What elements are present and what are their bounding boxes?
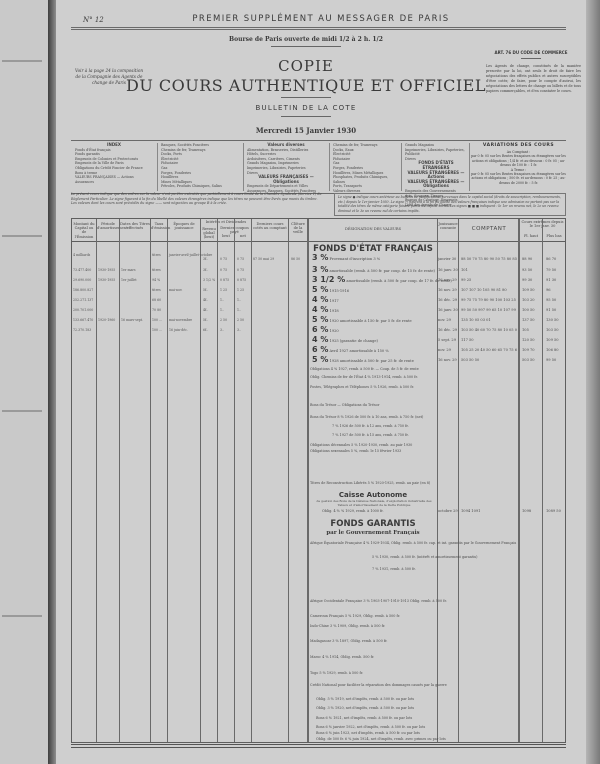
newspaper-page: N° 12 PREMIER SUPPLÉMENT AU MESSAGER DE … bbox=[56, 0, 586, 764]
bourse-hours: Bourse de Paris ouverte de midi 1/2 à 2 … bbox=[176, 36, 436, 43]
jouissance: 16 déc. 29 bbox=[438, 298, 457, 302]
column-rule bbox=[542, 219, 543, 742]
divider bbox=[2, 615, 42, 617]
designation: Bons du Trésor — Obligations du Trésor bbox=[310, 403, 379, 407]
jouissance: 16 janv. 30 bbox=[438, 308, 458, 312]
capital-cell: 186.800.827 bbox=[73, 288, 93, 292]
rate: 6 % bbox=[312, 345, 328, 354]
period-cell: 1920-1960 bbox=[98, 318, 115, 322]
designation: 5 % 1930, remb. à 500 fr. (intérêt et am… bbox=[372, 555, 477, 559]
section-fonds-garantis-subtitle: par le Gouvernement Français bbox=[310, 530, 436, 536]
table-row: 3 % Provenant d'inscription 3 % bbox=[312, 253, 380, 262]
designation: Togo 5 % 1929, remb. à 500 fr. bbox=[310, 671, 363, 675]
taux-cell: 100 ... bbox=[152, 328, 162, 332]
revenu-cell: 4f.. bbox=[203, 308, 208, 312]
dates-cell: 16 mars-sept. bbox=[121, 318, 143, 322]
header-brut: brut bbox=[218, 234, 234, 238]
comptant-cours: 99 75 75 79 80 90 100 103 25 10 bbox=[461, 298, 517, 302]
publication-date: Mercredi 15 Janvier 1930 bbox=[176, 126, 436, 135]
taux-cell: titres bbox=[152, 268, 161, 272]
side-note: Voir à la page 24 la composition de la C… bbox=[74, 68, 144, 86]
header-plus-bas: Plus bas bbox=[543, 234, 565, 238]
table-row: 4 % 1925 (garantie de change) bbox=[312, 335, 378, 344]
divider bbox=[2, 410, 42, 412]
header-period: Période d'amortissement bbox=[97, 222, 119, 230]
designation: Avril 1927 amortissable à 150 % bbox=[330, 349, 389, 353]
table-row: 3 % amortissable (remb. à 500 fr. par co… bbox=[312, 265, 435, 274]
index-entry: VALEURS ÉTRANGÈRES — Obligations bbox=[405, 180, 467, 189]
net-cell: 1.. bbox=[237, 298, 241, 302]
net-cell: 1 25 bbox=[237, 288, 244, 292]
plus-haut: 137 50 bbox=[522, 318, 535, 322]
column-rule bbox=[96, 219, 97, 742]
designation: Postes, Télégraphes et Téléphones 5 % 19… bbox=[310, 385, 414, 389]
quotation-table: Montant du Capital ou de l'Émission Péri… bbox=[71, 218, 566, 743]
page-number: N° 12 bbox=[83, 16, 104, 24]
jouissance: 5 sept. 29 bbox=[438, 338, 456, 342]
divider bbox=[243, 143, 244, 191]
designation: Provenant d'inscription 3 % bbox=[330, 257, 381, 261]
header-comptant: COMPTANT bbox=[460, 227, 518, 231]
designation: 7 % 1931, remb. à 500 fr. bbox=[372, 567, 416, 571]
header-dates: Dates des Titres effectués bbox=[120, 222, 150, 230]
designation: 1928 amortissable à 500 fr. par 25 fr. d… bbox=[330, 359, 414, 363]
plus-haut: 120 50 bbox=[522, 338, 535, 342]
rate: 4 % bbox=[312, 335, 328, 344]
plus-haut: 109 50 bbox=[522, 288, 535, 292]
designation: Bons 6 % janvier 1922, net d'impôts, rem… bbox=[316, 725, 425, 729]
capital-cell: 4 milliards bbox=[73, 253, 90, 257]
divider bbox=[521, 58, 541, 59]
column-rule bbox=[251, 219, 252, 742]
jouissance: 16 nov. 29 bbox=[438, 288, 457, 292]
column-rule bbox=[200, 219, 201, 742]
brut-cell: 0 75 bbox=[220, 268, 227, 272]
jouissance: octobre 29 bbox=[438, 509, 458, 513]
rate: 5 % bbox=[312, 355, 328, 364]
designation: amortissable (remb. à 500 fr. par coup. … bbox=[330, 269, 435, 273]
designation: Oblig. 5 % 1919, net d'impôts, remb. à 5… bbox=[316, 697, 414, 701]
taux-cell: titres bbox=[152, 288, 161, 292]
title-copie: COPIE bbox=[176, 57, 436, 75]
table-row: 5 % 1915-1916 bbox=[312, 285, 349, 294]
index-column-4: Chemins de fer, Tramways Docks, Eaux Éle… bbox=[333, 143, 398, 194]
jouissance: 16 déc. 29 bbox=[438, 328, 457, 332]
adjacent-page-edge bbox=[0, 0, 51, 764]
designation: 1915-1916 bbox=[330, 289, 350, 293]
capital-cell: 200.701.000 bbox=[73, 308, 93, 312]
designation: Titres de Reconstruction Libérés 5 % 192… bbox=[310, 481, 430, 485]
divider bbox=[469, 143, 470, 191]
designation: Oblig. de 500 fr. 6 % juin 1924, net d'i… bbox=[316, 737, 446, 741]
column-rule bbox=[119, 219, 120, 742]
rate: 4 % bbox=[312, 295, 328, 304]
plus-bas: 96 bbox=[546, 288, 551, 292]
comptant-cours: 103 50 40 60 70 75 80 10 05 03 bbox=[461, 328, 517, 332]
index-column-2: Banques, Sociétés Foncières Chemins de f… bbox=[161, 143, 239, 189]
variations-title: VARIATIONS DES COURS bbox=[471, 143, 566, 148]
taux-cell: 70 80 bbox=[152, 308, 161, 312]
net-cell: 1.. bbox=[237, 308, 241, 312]
rate: 5 % bbox=[312, 315, 328, 324]
column-rule bbox=[288, 219, 289, 742]
designation: 7 % 1927 de 500 fr. à 15 ans, remb. à 75… bbox=[332, 433, 409, 437]
column-rule bbox=[217, 219, 218, 742]
header-taux: Taux d'émission bbox=[151, 222, 167, 230]
jouissance: 16 nov. 29 bbox=[438, 358, 457, 362]
index-column-1: INDEX Fonds d'État français Fonds garant… bbox=[75, 143, 153, 184]
designation: 1920 bbox=[330, 329, 339, 333]
taux-cell: 100 ... bbox=[152, 318, 162, 322]
designation: Crédit National pour faciliter la répara… bbox=[310, 683, 447, 687]
designation: 1925 (garantie de change) bbox=[330, 339, 378, 343]
divider bbox=[281, 116, 331, 117]
taux-cell: 68 60 bbox=[152, 298, 161, 302]
jouissance: nov. 29 bbox=[438, 348, 451, 352]
column-rule bbox=[518, 219, 520, 742]
designation: Cameroun Français 5 % 1929, Oblig. remb.… bbox=[310, 614, 400, 618]
designation: Obligations 4 % 1927, remb. à 500 fr. — … bbox=[310, 367, 419, 371]
table-row: 4 % 1918 bbox=[312, 305, 339, 314]
rate: 3 % bbox=[312, 253, 328, 262]
comptant-cours: 101 bbox=[461, 268, 468, 272]
rate: 6 % bbox=[312, 325, 328, 334]
cloture-cell: 86 50 bbox=[291, 257, 300, 261]
section-caisse-autonome: Caisse Autonome bbox=[310, 491, 436, 499]
net-cell: 0 75 bbox=[237, 257, 244, 261]
designation: Bons 6 % juin 1923, net d'impôts, remb. … bbox=[316, 731, 420, 735]
designation: 1920 amortissable à 150 fr. par 5 fr. de… bbox=[330, 319, 412, 323]
capital-cell: 72.370.183 bbox=[73, 328, 91, 332]
rate: 4 % bbox=[312, 305, 328, 314]
designation: Bons 6 % 1921, net d'impôts, remb. à 500… bbox=[316, 716, 412, 720]
header-epoque: Époques de jouissance bbox=[168, 222, 200, 230]
index-column-3: Valeurs diverses Alimentation, Brasserie… bbox=[247, 143, 325, 194]
comptant-cours: 117 50 bbox=[461, 338, 474, 342]
jouissance: nov. 29 bbox=[438, 318, 451, 322]
column-rule bbox=[150, 219, 151, 742]
divider bbox=[2, 235, 42, 237]
plus-bas: 91 50 bbox=[546, 308, 556, 312]
comptant-cours: 88 50 70 75 80 90 50 75 80 85 95 70 80 bbox=[461, 257, 517, 261]
revenu-cell: 5f.. bbox=[203, 288, 208, 292]
table-row: 6 % 1920 bbox=[312, 325, 339, 334]
article-title: ART. 76 DU CODE DE COMMERCE bbox=[481, 50, 581, 55]
designation: Maroc 4 % 1914, Oblig. remb. 500 fr. bbox=[310, 655, 374, 659]
title-cours-officiel: DU COURS AUTHENTIQUE ET OFFICIEL bbox=[116, 76, 496, 95]
designation: Afrique Équatoriale Française 4 % 1929-1… bbox=[310, 541, 516, 545]
header-designation: DÉSIGNATION DES VALEURS bbox=[308, 227, 438, 231]
plus-haut: 88 90 bbox=[522, 257, 532, 261]
table-row: 6 % Avril 1927 amortissable à 150 % bbox=[312, 345, 389, 354]
table-row: 3 1/2 % amortissable (remb. à 500 fr. pa… bbox=[312, 275, 452, 284]
net-cell: 0 875 bbox=[237, 278, 246, 282]
net-cell: 3.. bbox=[237, 328, 241, 332]
plus-haut: 109 70 bbox=[522, 348, 535, 352]
header-capital: Montant du Capital ou de l'Émission bbox=[72, 222, 96, 239]
brut-cell: 1 25 bbox=[220, 288, 227, 292]
divider bbox=[2, 60, 42, 62]
revenu-cell: 6f.. bbox=[203, 328, 208, 332]
designation: Obligations sexennales 5 %, remb. le 15 … bbox=[310, 449, 401, 453]
rate: 5 % bbox=[312, 285, 328, 294]
designation: Indo-Chine 3 % 1909, Oblig. remb. à 500 … bbox=[310, 624, 385, 628]
derniers-cell: 87 50 mai 29 bbox=[253, 257, 274, 261]
comptant-cours: 105 25 20 40 50 60 65 70 75 60 bbox=[461, 348, 517, 352]
taux-cell: titres bbox=[152, 253, 161, 257]
brut-cell: 1.. bbox=[220, 308, 224, 312]
divider bbox=[401, 143, 402, 191]
variations-text: Au Comptant : par 0 fr. 05 sur les Rente… bbox=[471, 150, 566, 185]
plus-bas: 1089 50 bbox=[546, 509, 561, 513]
epoque-cell: mai-novembre bbox=[169, 318, 192, 322]
divider bbox=[329, 143, 330, 191]
plus-bas: 109 50 bbox=[546, 338, 559, 342]
index-entry: VALEURS FRANÇAISES — Obligations bbox=[247, 175, 325, 184]
designation: Afrique Occidentale Française 3 % 1903-1… bbox=[310, 599, 447, 603]
table-row: 5 % 1920 amortissable à 150 fr. par 5 fr… bbox=[312, 315, 412, 324]
epoque-cell: 16 juin-déc. bbox=[169, 328, 188, 332]
caisse-subtitle: de gestion des Bons de la Défense Nation… bbox=[312, 500, 436, 508]
jouissance: 16 janv. 30 bbox=[438, 268, 458, 272]
comptant-cours: 135 10 05 03 01 bbox=[461, 318, 491, 322]
plus-haut: 503 50 bbox=[522, 358, 535, 362]
index-entry: Pétroles, Produits Chimiques, Salins bbox=[161, 184, 239, 189]
designation: 7 % 1926 de 500 fr. à 12 ans, remb. à 75… bbox=[332, 424, 409, 428]
designation: Oblig. 3 % 1920, net d'impôts, remb. à 5… bbox=[316, 706, 414, 710]
revenu-cell: 3f.. bbox=[203, 257, 208, 261]
page-edge-shadow bbox=[586, 0, 600, 764]
index-entry: Imprimeries, Librairies, Papeteries, Pub… bbox=[405, 148, 467, 157]
header-derniers-cours: Derniers cours cotés au comptant bbox=[252, 222, 288, 230]
designation: amortissable (remb. à 500 fr. par coup. … bbox=[346, 279, 451, 283]
designation: 1917 bbox=[330, 299, 339, 303]
jouissance: janvier 30 bbox=[438, 257, 456, 261]
revenu-cell: 4f.. bbox=[203, 298, 208, 302]
subtitle-bulletin: BULLETIN DE LA COTE bbox=[176, 104, 436, 112]
taux-cell: 94 % bbox=[152, 278, 160, 282]
brut-cell: 1.. bbox=[220, 298, 224, 302]
article-text: Les Agents de change, constitués de la m… bbox=[486, 64, 581, 94]
page-bottom-rule bbox=[71, 744, 566, 748]
plus-bas: 79 50 bbox=[546, 268, 556, 272]
comptant-cours: 107 107 10 105 90 81 80 bbox=[461, 288, 507, 292]
section-fonds-garantis: FONDS GARANTIS bbox=[310, 519, 436, 529]
column-rule bbox=[167, 219, 168, 742]
brut-cell: 0 875 bbox=[220, 278, 229, 282]
plus-bas: 130 50 bbox=[546, 318, 559, 322]
table-header: Montant du Capital ou de l'Émission Péri… bbox=[72, 219, 565, 242]
header-net: net bbox=[235, 234, 251, 238]
net-cell: 0 75 bbox=[237, 268, 244, 272]
designation: Oblig. 4 % % 1929, remb. à 1000 fr. bbox=[322, 509, 384, 513]
epoque-cell: mai-nov. bbox=[169, 288, 182, 292]
brut-cell: 2 50 bbox=[220, 318, 227, 322]
variations-comptant-text: par 0 fr. 05 sur les Rentes françaises o… bbox=[471, 154, 566, 167]
comptant-cours: 503 50 50 bbox=[461, 358, 479, 362]
index-entry: Assurances bbox=[75, 180, 153, 185]
net-cell: 2 50 bbox=[237, 318, 244, 322]
comptant-cours: 1094 1091 bbox=[461, 509, 480, 513]
plus-haut: 100 50 bbox=[522, 308, 535, 312]
column-rule bbox=[458, 219, 459, 742]
comptant-cours: 99 25 bbox=[461, 278, 471, 282]
plus-bas: 103 50 bbox=[546, 328, 559, 332]
designation: Madagascar 3 % 1897, Oblig. remb. à 500 … bbox=[310, 639, 387, 643]
notice-left: Le présent cours indique que des ordres … bbox=[71, 192, 323, 218]
divider bbox=[281, 97, 331, 98]
comptant-cours: 99 50 50 997 99 65 10 107 99 75 bbox=[461, 308, 517, 312]
plus-bas: 86 70 bbox=[546, 257, 556, 261]
binding-gutter bbox=[48, 0, 56, 764]
capital-cell: 29.690.000 bbox=[73, 278, 91, 282]
designation: Oblig. Chemins de fer de l'État 4 % 1913… bbox=[310, 375, 418, 379]
brut-cell: 3.. bbox=[220, 328, 224, 332]
designation: Obligations décennales 5 % 1920-1930, re… bbox=[310, 443, 412, 447]
header-revenu: Revenu global (brut) bbox=[201, 227, 217, 240]
plus-haut: 1098 bbox=[522, 509, 531, 513]
plus-bas: 106 80 bbox=[546, 348, 559, 352]
revenu-cell: 5f.. bbox=[203, 318, 208, 322]
capital-cell: 73.477.400 bbox=[73, 268, 91, 272]
rate: 3 1/2 % bbox=[312, 275, 345, 284]
plus-bas: 91 30 bbox=[546, 278, 556, 282]
capital-cell: 133.667.470 bbox=[73, 318, 93, 322]
table-row: 4 % 1917 bbox=[312, 295, 339, 304]
divider bbox=[157, 143, 158, 191]
rate: 3 % bbox=[312, 265, 328, 274]
plus-haut: 105 bbox=[522, 328, 529, 332]
capital-cell: 252.271.137 bbox=[73, 298, 93, 302]
dates-cell: 1er mars bbox=[121, 268, 136, 272]
dates-cell: 1er juillet bbox=[121, 278, 137, 282]
plus-haut: 99 30 bbox=[522, 278, 532, 282]
revenu-cell: 3 1/2 % bbox=[203, 278, 215, 282]
divider bbox=[271, 46, 341, 47]
index-entry: Phosphates, Produits Chimiques, Salines bbox=[333, 175, 398, 184]
header-plus-haut: Pl. haut bbox=[520, 234, 542, 238]
variations-terme-text: par 0 fr. 05 sur les Rentes françaises o… bbox=[471, 172, 566, 185]
index-box: INDEX Fonds d'État français Fonds garant… bbox=[71, 140, 566, 194]
header-interets: Intérêts et Dividendes bbox=[201, 220, 251, 224]
plus-haut: 103 20 bbox=[522, 298, 535, 302]
plus-bas: 95 50 bbox=[546, 298, 556, 302]
table-row: 5 % 1928 amortissable à 500 fr. par 25 f… bbox=[312, 355, 414, 364]
jouissance: 16 nov. 29 bbox=[438, 278, 457, 282]
index-entry: Obligations du Crédit Foncier de France bbox=[75, 166, 153, 171]
column-rule bbox=[234, 219, 235, 742]
plus-haut: 93 50 bbox=[522, 268, 532, 272]
period-cell: 1930-1955 bbox=[98, 278, 115, 282]
header-cloture: Clôture de la veille bbox=[289, 222, 307, 235]
designation: Bons du Trésor 8 % 1926 de 500 fr. à 10 … bbox=[310, 415, 423, 419]
brut-cell: 0 75 bbox=[220, 257, 227, 261]
notice-right: Le signe ● indique cours antérieur au bu… bbox=[334, 193, 566, 216]
header-rule bbox=[71, 27, 566, 30]
period-cell: 1930-1955 bbox=[98, 268, 115, 272]
plus-bas: 99 50 bbox=[546, 358, 556, 362]
column-rule bbox=[307, 219, 309, 742]
revenu-cell: 3f.. bbox=[203, 268, 208, 272]
header-jouissance: Jouissance courante bbox=[438, 222, 458, 230]
designation: 1918 bbox=[330, 309, 339, 313]
supplement-title: PREMIER SUPPLÉMENT AU MESSAGER DE PARIS bbox=[116, 14, 526, 24]
